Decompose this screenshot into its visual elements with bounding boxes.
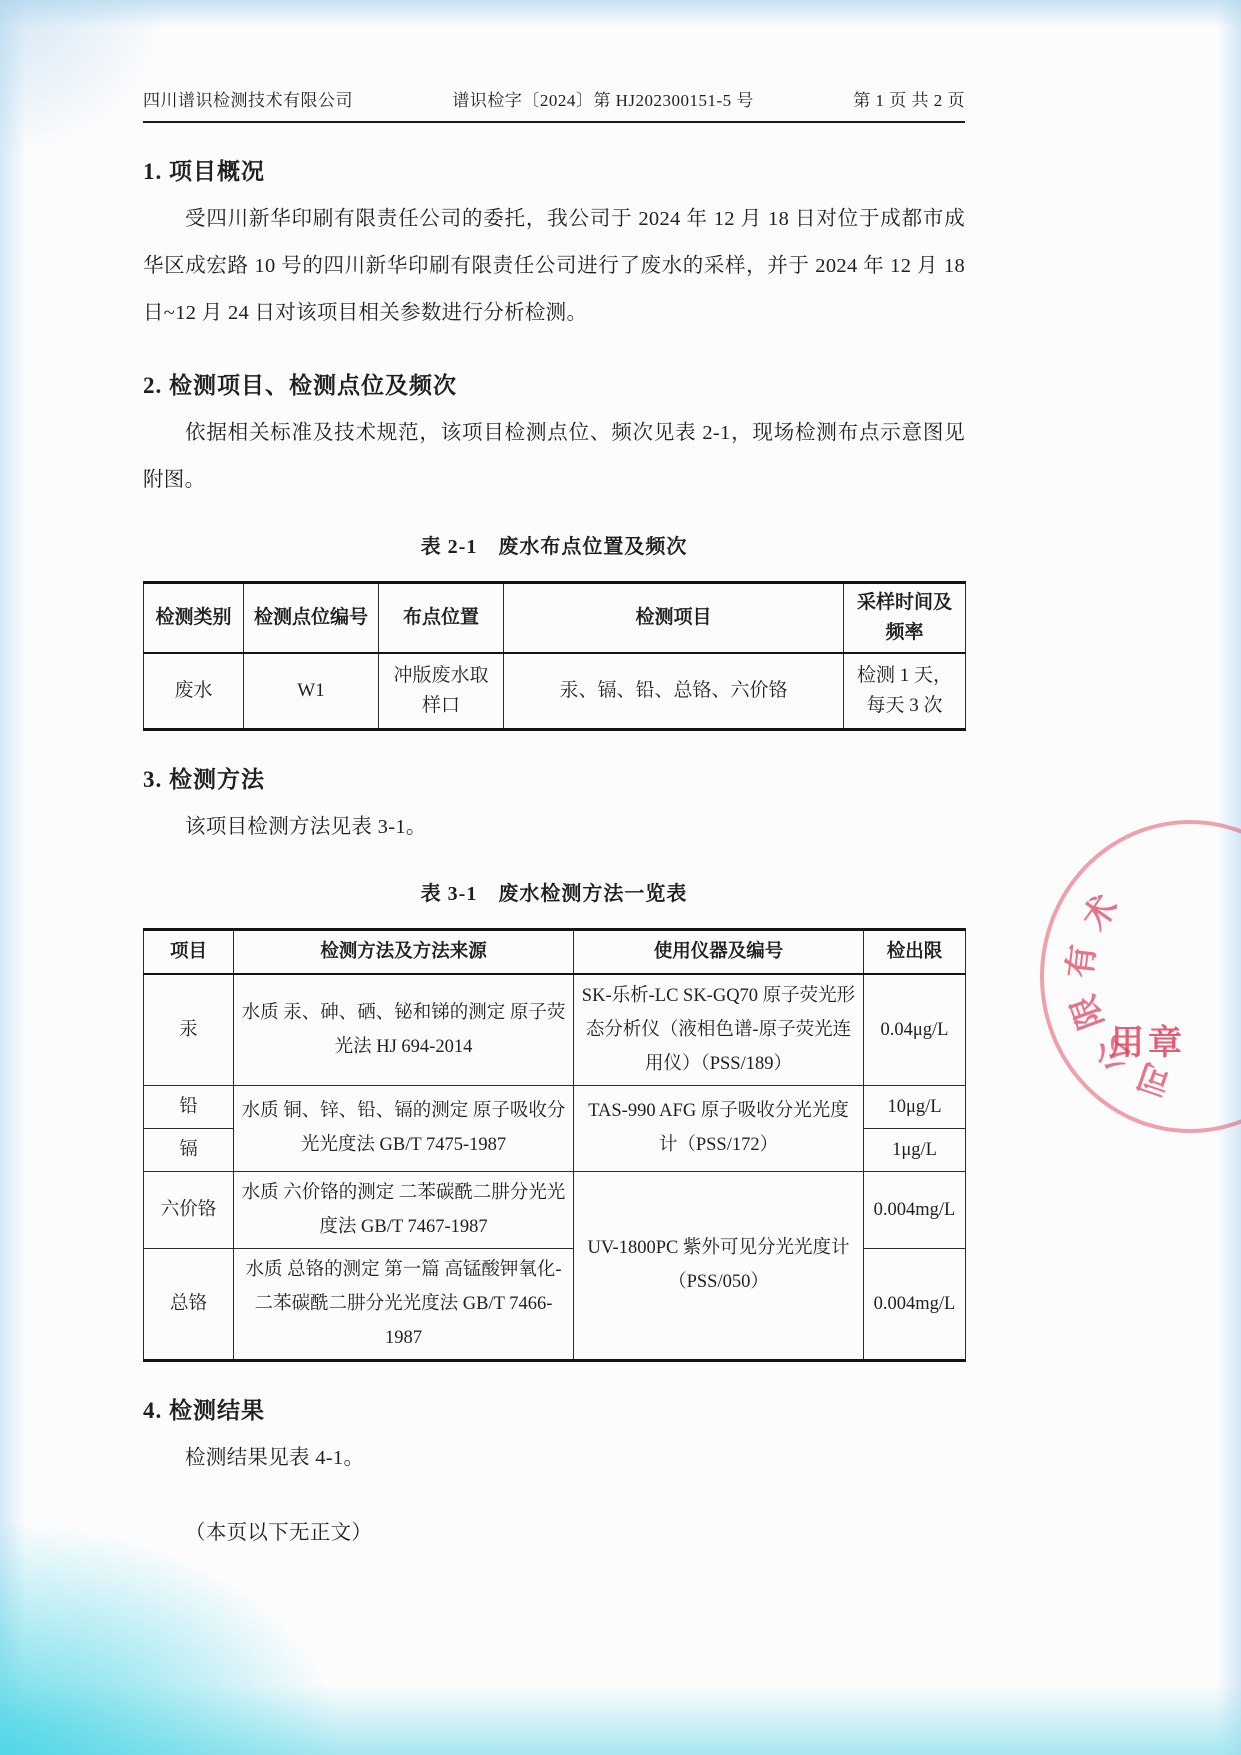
cell-method: 水质 总铬的测定 第一篇 高锰酸钾氧化-二苯碳酰二肼分光光度法 GB/T 746…: [234, 1248, 574, 1360]
table-3-1: 项目 检测方法及方法来源 使用仪器及编号 检出限 汞 水质 汞、砷、硒、铋和锑的…: [143, 928, 966, 1362]
table-2-1-caption: 表 2-1 废水布点位置及频次: [143, 530, 965, 559]
scan-edge-right: [1217, 0, 1241, 1755]
table-row-hexavalent-chromium: 六价铬 水质 六价铬的测定 二苯碳酰二肼分光光度法 GB/T 7467-1987…: [144, 1171, 966, 1248]
scan-corner-top-left: [0, 0, 160, 150]
cell-item: 六价铬: [144, 1171, 234, 1248]
table-2-1: 检测类别 检测点位编号 布点位置 检测项目 采样时间及频率 废水 W1 冲版废水…: [143, 581, 966, 731]
section-1-paragraph: 受四川新华印刷有限责任公司的委托，我公司于 2024 年 12 月 18 日对位…: [143, 196, 965, 337]
cell-limit: 1μg/L: [864, 1128, 966, 1171]
section-3-paragraph: 该项目检测方法见表 3-1。: [143, 804, 965, 851]
cell-location: 冲版废水取样口: [379, 653, 504, 729]
col-header-location: 布点位置: [379, 583, 504, 654]
seal-arc-char: 有: [1054, 942, 1105, 980]
page-header: 四川谱识检测技术有限公司 谱识检字〔2024〕第 HJ202300151-5 号…: [143, 0, 965, 111]
end-of-text-note: （本页以下无正文）: [143, 1510, 965, 1557]
scanned-report-page: 四川谱识检测技术有限公司 谱识检字〔2024〕第 HJ202300151-5 号…: [0, 0, 1241, 1755]
col-header-method: 检测方法及方法来源: [234, 929, 574, 974]
table-row-mercury: 汞 水质 汞、砷、硒、铋和锑的测定 原子荧光法 HJ 694-2014 SK-乐…: [144, 974, 966, 1086]
section-1-heading: 1. 项目概况: [143, 153, 965, 186]
cell-item: 镉: [144, 1128, 234, 1171]
cell-limit: 0.04μg/L: [864, 974, 966, 1086]
header-page-number: 第 1 页 共 2 页: [853, 86, 965, 111]
section-3-heading: 3. 检测方法: [143, 761, 965, 794]
section-4-paragraph: 检测结果见表 4-1。: [143, 1435, 965, 1482]
cell-limit: 0.004mg/L: [864, 1171, 966, 1248]
col-header-items: 检测项目: [504, 583, 844, 654]
col-header-instrument: 使用仪器及编号: [574, 929, 864, 974]
scan-corner-bottom-left: [0, 1525, 340, 1755]
cell-type: 废水: [144, 653, 244, 729]
section-4-heading: 4. 检测结果: [143, 1392, 965, 1425]
cell-limit: 0.004mg/L: [864, 1248, 966, 1360]
seal-arc-char: 公: [1084, 1027, 1140, 1084]
cell-method: 水质 铜、锌、铅、镉的测定 原子吸收分光光度法 GB/T 7475-1987: [234, 1085, 574, 1171]
cell-method: 水质 汞、砷、硒、铋和锑的测定 原子荧光法 HJ 694-2014: [234, 974, 574, 1086]
cell-limit: 10μg/L: [864, 1085, 966, 1128]
cell-point-id: W1: [244, 653, 379, 729]
page-content: 四川谱识检测技术有限公司 谱识检字〔2024〕第 HJ202300151-5 号…: [143, 0, 965, 1557]
cell-item: 铅: [144, 1085, 234, 1128]
scan-edge-bottom: [0, 1685, 1241, 1755]
cell-instrument: SK-乐析-LC SK-GQ70 原子荧光形态分析仪（液相色谱-原子荧光连用仪）…: [574, 974, 864, 1086]
cell-item: 汞: [144, 974, 234, 1086]
table-2-1-header-row: 检测类别 检测点位编号 布点位置 检测项目 采样时间及频率: [144, 583, 966, 654]
col-header-type: 检测类别: [144, 583, 244, 654]
seal-ring: [1040, 820, 1241, 1133]
seal-arc-char: 司: [1130, 1053, 1177, 1108]
table-3-1-header-row: 项目 检测方法及方法来源 使用仪器及编号 检出限: [144, 929, 966, 974]
cell-frequency: 检测 1 天，每天 3 次: [844, 653, 966, 729]
section-2-heading: 2. 检测项目、检测点位及频次: [143, 367, 965, 400]
table-3-1-caption: 表 3-1 废水检测方法一览表: [143, 877, 965, 906]
cell-instrument: TAS-990 AFG 原子吸收分光光度计（PSS/172）: [574, 1085, 864, 1171]
header-doc-number: 谱识检字〔2024〕第 HJ202300151-5 号: [452, 86, 754, 111]
section-2-paragraph: 依据相关标准及技术规范，该项目检测点位、频次见表 2-1，现场检测布点示意图见附…: [143, 410, 965, 504]
seal-arc-char: 术: [1069, 884, 1126, 938]
table-row: 废水 W1 冲版废水取样口 汞、镉、铅、总铬、六价铬 检测 1 天，每天 3 次: [144, 653, 966, 729]
seal-arc-char: 限: [1057, 989, 1112, 1036]
cell-method: 水质 六价铬的测定 二苯碳酰二肼分光光度法 GB/T 7467-1987: [234, 1171, 574, 1248]
seal-inner-text: 用章: [1110, 1015, 1186, 1064]
header-rule: [143, 121, 965, 123]
header-company: 四川谱识检测技术有限公司: [143, 86, 353, 111]
col-header-limit: 检出限: [864, 929, 966, 974]
scan-edge-left: [0, 0, 26, 1755]
col-header-point-id: 检测点位编号: [244, 583, 379, 654]
cell-items: 汞、镉、铅、总铬、六价铬: [504, 653, 844, 729]
table-row-lead: 铅 水质 铜、锌、铅、镉的测定 原子吸收分光光度法 GB/T 7475-1987…: [144, 1085, 966, 1128]
col-header-frequency: 采样时间及频率: [844, 583, 966, 654]
company-seal-stamp: 术 有 限 公 司 用章: [1040, 820, 1241, 1135]
cell-item: 总铬: [144, 1248, 234, 1360]
cell-instrument: UV-1800PC 紫外可见分光光度计（PSS/050）: [574, 1171, 864, 1360]
col-header-item: 项目: [144, 929, 234, 974]
